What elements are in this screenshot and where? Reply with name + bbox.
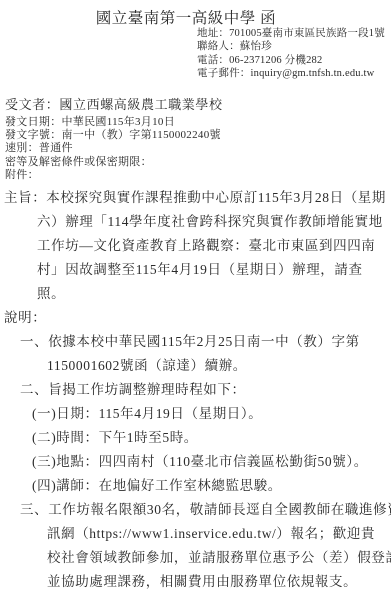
body-line: 二、旨揭工作坊調整辦理時程如下：	[0, 378, 391, 402]
contact-line: 聯絡人：蘇怡珍	[197, 40, 385, 53]
body-line: 並協助處理課務，相關費用由服務單位依規報支。	[0, 570, 391, 590]
body-line: (四)講師：在地偏好工作室林總監思駿。	[0, 474, 391, 498]
letter-title: 國立臺南第一高級中學 函	[0, 6, 372, 28]
body-line: 工作坊—文化資產教育上路觀察：臺北市東區到四四南	[0, 234, 391, 258]
body-line: (一)日期：115年4月19日（星期日）。	[0, 402, 391, 426]
body-line: 主旨：本校探究與實作課程推動中心原訂115年3月28日（星期	[0, 186, 391, 210]
contact-line: 電話：06-2371206 分機282	[197, 54, 385, 67]
contact-info-block: 地址：701005臺南市東區民族路一段1號聯絡人：蘇怡珍電話：06-237120…	[197, 27, 385, 80]
body-line: 三、工作坊報名限額30名，敬請師長逕自全國教師在職進修資	[0, 498, 391, 522]
body-line: (三)地點：四四南村（110臺北市信義區松勤街50號）。	[0, 450, 391, 474]
meta-line: 發文字號：南一中（教）字第1150002240號	[5, 129, 221, 142]
letter-body: 主旨：本校探究與實作課程推動中心原訂115年3月28日（星期六）辦理「114學年…	[0, 186, 391, 590]
body-line: 村」因故調整至115年4月19日（星期日）辦理，請查	[0, 258, 391, 282]
meta-line: 附件：	[5, 169, 221, 182]
official-letter-page: 國立臺南第一高級中學 函 地址：701005臺南市東區民族路一段1號聯絡人：蘇怡…	[0, 0, 391, 590]
contact-line: 電子郵件：inquiry@gm.tnfsh.tn.edu.tw	[197, 67, 385, 80]
body-line: 訊網（https://www1.inservice.edu.tw/）報名；歡迎貴	[0, 522, 391, 546]
meta-line: 速別：普通件	[5, 142, 221, 155]
meta-line: 發文日期：中華民國115年3月10日	[5, 116, 221, 129]
body-line: 照。	[0, 282, 391, 306]
recipient-line: 受文者：國立西螺高級農工職業學校	[5, 94, 223, 113]
body-line: 一、依據本校中華民國115年2月25日南一中（教）字第	[0, 330, 391, 354]
body-line: 校社會領域教師參加，並請服務單位惠予公（差）假登記	[0, 546, 391, 570]
body-line: 1150001602號函（諒達）續辦。	[0, 354, 391, 378]
body-line: (二)時間：下午1時至5時。	[0, 426, 391, 450]
body-line: 說明：	[0, 306, 391, 330]
contact-line: 地址：701005臺南市東區民族路一段1號	[197, 27, 385, 40]
letter-meta-block: 發文日期：中華民國115年3月10日發文字號：南一中（教）字第115000224…	[5, 116, 221, 182]
body-line: 六）辦理「114學年度社會跨科探究與實作教師增能實地	[0, 210, 391, 234]
meta-line: 密等及解密條件或保密期限：	[5, 156, 221, 169]
